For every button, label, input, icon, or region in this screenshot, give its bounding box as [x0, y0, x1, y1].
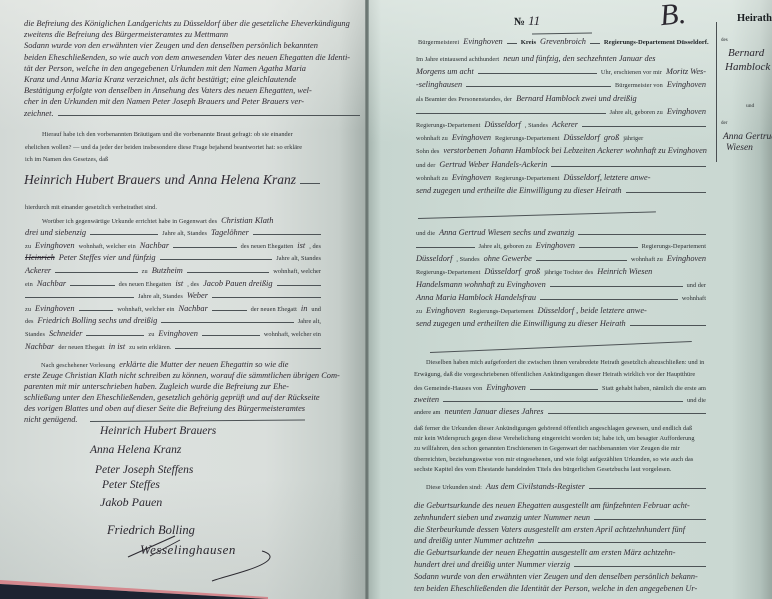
handwritten-entry: beiden Eheschließenden, so wie auch von … — [22, 52, 352, 63]
text-line: beiden Eheschließenden, so wie auch von … — [22, 52, 362, 63]
blank-rule — [550, 286, 683, 287]
printed-text: wohnhaft — [680, 292, 708, 305]
printed-text: und der — [414, 159, 437, 172]
text-line: daß ferner die Urkunden dieser Ankündigu… — [412, 424, 708, 434]
handwritten-entry: groß — [602, 131, 621, 144]
blank-rule — [582, 126, 706, 127]
handwritten-entry: Anna Gertrud Wiesen sechs und zwanzig — [437, 226, 576, 239]
handwritten-entry: hundert drei und dreißig unter Nummer vi… — [412, 559, 572, 571]
blank-rule — [160, 259, 273, 260]
blank-rule — [55, 272, 137, 273]
handwritten-entry: zeichnet. — [22, 108, 56, 119]
text-line: ten beiden Eheschließenden die Identität… — [412, 583, 708, 595]
handwritten-entry: Anna Helena Kranz — [187, 170, 298, 190]
handwritten-entry: ist — [295, 240, 307, 253]
handwritten-entry: Evinghoven — [450, 131, 493, 144]
blank-rule — [466, 86, 611, 87]
handwritten-entry: Nachbar — [35, 278, 68, 291]
handwritten-entry: schließung unter den Eheschließenden, ge… — [22, 392, 322, 403]
handwritten-entry: groß — [523, 265, 542, 278]
signature-witness: Jakob Pauen — [100, 495, 162, 510]
handwritten-entry: Anna Maria Hamblock Handelsfrau — [414, 291, 538, 304]
handwritten-entry: Tagelöhner — [209, 227, 251, 240]
handwritten-entry: Nachbar — [138, 240, 171, 253]
text-line: die Geburtsurkunde des neuen Ehegatten a… — [412, 500, 708, 512]
handwritten-entry: Ackerer — [23, 265, 53, 278]
handwritten-entry: ohne Gewerbe — [482, 252, 534, 265]
handwritten-entry: -selinghausen — [414, 78, 464, 91]
handwritten-entry: send zugegen und ertheilte die Einwillig… — [414, 184, 624, 197]
printed-text: ich im Namen des Gesetzes, daß — [23, 154, 110, 167]
printed-text: Hierauf habe ich den vorbenannten Bräuti… — [40, 129, 295, 142]
text-line: Dieselben haben mich aufgefordert die zw… — [412, 357, 708, 369]
signature-witness: Peter Steffes — [102, 479, 160, 491]
handwritten-entry: cher in den Urkunden mit den Namen Peter… — [22, 96, 306, 107]
handwritten-entry: Sodann wurde von den erwähnten vier Zeug… — [412, 571, 700, 583]
book-gutter — [365, 0, 369, 599]
blank-rule — [530, 389, 598, 390]
printed-text: , des — [307, 241, 323, 254]
text-line: Handelsmann wohnhaft zu Evinghovenund de… — [414, 278, 708, 291]
blank-rule — [579, 247, 638, 248]
printed-text: , Standes — [454, 253, 481, 266]
handwritten-entry: Kranz und Anna Maria Kranz verzeichnet, … — [22, 74, 298, 85]
printed-text: zu sein erklären. — [127, 342, 173, 355]
marriage-declaration: Hierauf habe ich den vorbenannten Bräuti… — [23, 129, 323, 167]
text-line: schließung unter den Eheschließenden, ge… — [22, 392, 362, 403]
printed-text: zu — [146, 329, 156, 342]
margin-label-und: und — [746, 103, 754, 109]
handwritten-entry: in ist — [107, 341, 128, 354]
text-line: cher in den Urkunden mit den Namen Peter… — [22, 96, 362, 107]
handwritten-entry: nicht genügend. — [22, 414, 80, 425]
text-line: parenten mit mir unterschrieben haben. Z… — [22, 381, 362, 392]
text-line: des Gemeinde-Hauses vonEvinghovenStatt g… — [412, 382, 708, 394]
handwritten-entry: Evinghoven — [424, 304, 467, 317]
handwritten-entry: neun und fünfzig, den sechzehnten Januar… — [501, 52, 657, 65]
text-line: zuEvinghovenwohnhaft, welcher einNachbar… — [23, 240, 323, 253]
blank-rule — [594, 519, 706, 520]
text-line: Nachbarder neuen Ehegattin istzu sein er… — [23, 341, 323, 354]
text-line: Regierungs-DepartementDüsseldorf, Stande… — [414, 118, 708, 131]
printed-text-bold: Kreis — [519, 36, 538, 49]
handwritten-entry: die Sterbeurkunde dessen Vaters ausgeste… — [412, 524, 687, 536]
printed-text: Diese Urkunden sind: — [424, 481, 484, 494]
signature-registrar: Wesselinghausen — [140, 542, 236, 558]
printed-text: Uhr, erschienen vor mir — [599, 66, 664, 79]
printed-text: jährige Tochter des — [542, 266, 595, 279]
handwritten-entry: Düsseldorf — [414, 252, 454, 265]
previous-record-continuation: die Befreiung des Königlichen Landgerich… — [22, 18, 362, 119]
handwritten-entry: Grevenbroich — [538, 35, 588, 48]
text-line: Sodann wurde von den erwähnten vier Zeug… — [22, 40, 362, 51]
handwritten-entry: zehnhundert sieben und zwanzig unter Num… — [412, 512, 592, 524]
text-line: einNachbardes neuen Ehegattenist, desJac… — [23, 278, 323, 291]
signature-witness: Friedrich Bolling — [107, 523, 195, 538]
printed-text: ein — [23, 279, 35, 292]
handwritten-entry: Schneider — [47, 328, 85, 341]
spouses-names-line: Heinrich Hubert BrauersundAnna Helena Kr… — [22, 170, 322, 190]
printed-text: mir kein Widerspruch gegen diese Verehel… — [412, 434, 697, 444]
text-line: Bestätigung erfolgte von denselben in An… — [22, 85, 362, 96]
handwritten-entry: Düsseldorf — [482, 265, 522, 278]
printed-text: und — [309, 304, 323, 317]
handwritten-entry: Christian Klath — [219, 215, 275, 228]
text-line: Diese Urkunden sind:Aus dem Civilstands-… — [424, 480, 708, 493]
handwritten-entry: Handelsmann wohnhaft zu Evinghoven — [414, 278, 548, 291]
blank-rule — [202, 335, 260, 336]
text-line: hundert drei und dreißig unter Nummer vi… — [412, 559, 708, 571]
printed-text: der neuen Ehegatt — [56, 342, 106, 355]
handwritten-entry: in — [299, 303, 310, 316]
margin-groom-last-name: Hamblock — [725, 61, 770, 73]
handwritten-entry: Düsseldorf, letztere anwe- — [561, 171, 652, 184]
handwritten-entry: drei und siebenzig — [23, 227, 88, 240]
text-line: tät der Person, welche in den angegebene… — [22, 63, 362, 74]
handwritten-entry: Evinghoven — [665, 78, 708, 91]
text-line: Im Jahre eintausend achthundertneun und … — [414, 52, 708, 65]
text-line: zuEvinghovenRegierungs-DepartementDüssel… — [414, 304, 708, 317]
text-line: erste Zeuge Christian Klath nicht schrei… — [22, 370, 362, 381]
printed-text: zu willfahren, den schon genannten Ersch… — [412, 444, 682, 454]
handwritten-entry: ist — [173, 278, 185, 291]
text-line: zuEvinghovenwohnhaft, welcher einNachbar… — [23, 303, 323, 316]
printed-text: des neuen Ehegatten — [239, 241, 296, 254]
handwritten-entry: Aus dem Civilstands-Register — [484, 480, 587, 493]
text-line: Jahre alt, geboren zuEvinghoven — [414, 105, 708, 118]
text-line: Kranz und Anna Maria Kranz verzeichnet, … — [22, 74, 362, 85]
struck-handwritten-entry: Heinrich — [23, 252, 57, 265]
signature-bride: Anna Helena Kranz — [90, 444, 181, 456]
number-sign: № — [514, 16, 525, 28]
blank-rule — [175, 348, 321, 349]
printed-text: Erwägung, daß die vorgeschriebenen öffen… — [412, 369, 697, 381]
blank-rule — [212, 297, 321, 298]
handwritten-entry: Düsseldorf — [482, 118, 522, 131]
text-line: send zugegen und ertheilte die Einwillig… — [414, 184, 708, 197]
handwritten-entry: die Geburtsurkunde des neuen Ehegatten a… — [412, 500, 692, 512]
text-line: hierdurch mit einander gesetzlich verhei… — [23, 202, 323, 215]
text-line: zweitenund die — [412, 394, 708, 406]
printed-text: überreichten, beziehungsweise von mir ei… — [412, 455, 695, 465]
text-line: die Geburtsurkunde der neuen Ehegattin a… — [412, 547, 708, 559]
jurisdiction-header: BürgermeistereiEvinghovenKreisGrevenbroi… — [416, 35, 708, 48]
text-line: ehelichen wollen? — und da jeder der bei… — [23, 142, 323, 155]
text-line: zeichnet. — [22, 108, 362, 119]
text-line: die Sterbeurkunde dessen Vaters ausgeste… — [412, 524, 708, 536]
printed-text: hierdurch mit einander gesetzlich verhei… — [23, 202, 159, 215]
text-line: Düsseldorf, Standesohne Gewerbewohnhaft … — [414, 252, 708, 265]
documents-heading: Diese Urkunden sind:Aus dem Civilstands-… — [424, 480, 708, 493]
printed-text: der neuen Ehegatt — [249, 304, 299, 317]
printed-text: Jahre alt, Standes — [274, 253, 323, 266]
blank-rule — [626, 192, 706, 193]
handwritten-entry: Sodann wurde von den erwähnten vier Zeug… — [22, 40, 320, 51]
handwritten-entry: die Befreiung des Königlichen Landgerich… — [22, 18, 352, 29]
blank-rule — [443, 401, 683, 402]
text-line: desFriedrich Bolling sechs und dreißigJa… — [23, 315, 323, 328]
margin-label-des: des — [721, 38, 728, 43]
printed-text-bold: Regierungs-Departement Düsseldorf. — [602, 36, 711, 49]
handwritten-entry: Evinghoven — [450, 171, 493, 184]
printed-text: Dieselben haben mich aufgefordert die zw… — [424, 357, 706, 369]
margin-divider — [716, 22, 717, 162]
handwritten-entry: parenten mit mir unterschrieben haben. Z… — [22, 381, 291, 392]
printed-text: des — [23, 316, 36, 329]
handwritten-entry: Evinghoven — [484, 382, 528, 394]
blank-rule — [416, 247, 475, 248]
printed-text: Bürgermeisterei — [416, 36, 461, 49]
blank-rule — [574, 566, 706, 567]
handwritten-entry: und dreißig unter Nummer achtzehn — [412, 535, 536, 547]
groom-section: Im Jahre eintausend achthundertneun und … — [414, 52, 708, 197]
margin-groom-first-name: Bernard — [728, 47, 764, 59]
text-line: des vorigen Blattes und oben auf dieser … — [22, 403, 362, 414]
handwritten-entry: Nachbar — [23, 341, 56, 354]
letter-mark: B. — [658, 0, 687, 33]
handwritten-entry: neunten Januar dieses Jahres — [443, 406, 546, 418]
handwritten-entry: tät der Person, welche in den angegebene… — [22, 63, 308, 74]
text-line: zu willfahren, den schon genannten Ersch… — [412, 444, 708, 454]
blank-rule — [79, 310, 114, 311]
blank-rule — [300, 183, 320, 184]
text-line: send zugegen und ertheilten die Einwilli… — [414, 317, 708, 330]
blank-rule — [25, 297, 134, 298]
text-line: HeinrichPeter Steffes vier und fünfzigJa… — [23, 252, 323, 265]
printed-text: und die — [414, 227, 437, 240]
handwritten-entry: Weber — [185, 290, 210, 303]
blank-rule — [548, 413, 706, 414]
handwritten-entry: zweiten — [412, 394, 441, 406]
handwritten-entry: Evinghoven — [33, 303, 77, 316]
blank-rule — [70, 285, 114, 286]
record-number: №11 — [514, 12, 540, 30]
documents-intro: daß ferner die Urkunden dieser Ankündigu… — [412, 424, 708, 475]
blank-rule — [478, 73, 597, 74]
blank-rule — [253, 234, 321, 235]
blank-rule — [187, 272, 269, 273]
text-line: zehnhundert sieben und zwanzig unter Num… — [412, 512, 708, 524]
blank-rule — [538, 542, 706, 543]
printed-text: Jahre alt, — [296, 316, 323, 329]
margin-bride-last-name: Wiesen — [726, 143, 753, 153]
text-line: und dreißig unter Nummer achtzehn — [412, 535, 708, 547]
text-line: Heinrich Hubert BrauersundAnna Helena Kr… — [22, 170, 322, 190]
blank-rule — [277, 285, 321, 286]
handwritten-entry: Heinrich Hubert Brauers — [22, 170, 162, 190]
text-line: AckererzuButzheimwohnhaft, welcher — [23, 265, 323, 278]
margin-label-der: der — [721, 121, 727, 126]
handwritten-entry: Evinghoven — [33, 240, 77, 253]
handwritten-entry: Moritz Wes- — [664, 65, 708, 78]
blank-rule — [536, 260, 627, 261]
text-line: und dieAnna Gertrud Wiesen sechs und zwa… — [414, 226, 708, 239]
text-line: Erwägung, daß die vorgeschriebenen öffen… — [412, 369, 708, 381]
witnesses-section: hierdurch mit einander gesetzlich verhei… — [23, 202, 323, 353]
handwritten-entry: Peter Steffes vier und fünfzig — [57, 252, 158, 265]
printed-text: ehelichen wollen? — und da jeder der bei… — [23, 142, 304, 155]
blank-rule — [589, 488, 706, 489]
printed-text: als Beamter des Personenstandes, der — [414, 93, 514, 106]
handwritten-entry: des vorigen Blattes und oben auf dieser … — [22, 403, 307, 414]
text-line: wohnhaft zuEvinghovenRegierungs-Departem… — [414, 171, 708, 184]
text-line: überreichten, beziehungsweise von mir ei… — [412, 455, 708, 465]
printed-text: , Standes — [523, 119, 550, 132]
text-line: Anna Maria Hamblock Handelsfrauwohnhaft — [414, 291, 708, 304]
text-line: drei und siebenzigJahre alt, StandesTage… — [23, 227, 323, 240]
text-line: wohnhaft zuEvinghovenRegierungs-Departem… — [414, 131, 708, 144]
handwritten-entry: und — [162, 170, 186, 190]
text-line: sechste Kapitel des vom Ehestande handel… — [412, 465, 708, 475]
handwritten-entry: Evinghoven — [534, 239, 577, 252]
blank-rule — [173, 247, 236, 248]
bride-section: und dieAnna Gertrud Wiesen sechs und zwa… — [414, 226, 708, 330]
handwritten-entry: Heinrich Wiesen — [595, 265, 654, 278]
printed-text: wohnhaft, welcher ein — [262, 329, 323, 342]
blank-rule — [212, 310, 247, 311]
printed-text: wohnhaft, welcher — [271, 266, 323, 279]
printed-text: zu — [140, 266, 150, 279]
handwritten-entry: Düsseldorf , beide letztere anwe- — [536, 304, 649, 317]
printed-text: und der — [685, 279, 708, 292]
text-line: Jahre alt, geboren zuEvinghovenRegierung… — [414, 239, 708, 252]
text-line: und derGertrud Weber Handels-Ackerin — [414, 158, 708, 171]
signature-groom: Heinrich Hubert Brauers — [100, 425, 216, 437]
handwritten-entry: Evinghoven — [461, 35, 505, 48]
text-line: Jahre alt, StandesWeber — [23, 290, 323, 303]
blank-rule — [540, 299, 678, 300]
text-line: Hierauf habe ich den vorbenannten Bräuti… — [23, 129, 323, 142]
handwritten-entry: Nachbar — [177, 303, 210, 316]
text-line: StandesSchneiderzuEvinghovenwohnhaft, we… — [23, 328, 323, 341]
signature-witness: Peter Joseph Steffens — [95, 464, 193, 476]
printed-text: daß ferner die Urkunden dieser Ankündigu… — [412, 424, 694, 434]
handwritten-entry: erklärte die Mutter der neuen Ehegattin … — [117, 359, 290, 370]
text-line: Morgens um achtUhr, erschienen vor mirMo… — [414, 65, 708, 78]
blank-rule — [58, 115, 360, 116]
printed-text: Jahre alt, geboren zu — [608, 106, 665, 119]
printed-text: Statt gehabt haben, nämlich die erste am — [600, 383, 708, 395]
handwritten-entry: Bernard Hamblock zwei und dreißig — [514, 92, 639, 105]
blank-rule — [416, 113, 606, 114]
proclamations-section: Dieselben haben mich aufgefordert die zw… — [412, 357, 708, 418]
blank-rule — [161, 322, 294, 323]
blank-rule — [630, 325, 706, 326]
documents-list: die Geburtsurkunde des neuen Ehegatten a… — [412, 500, 708, 594]
handwritten-entry: erste Zeuge Christian Klath nicht schrei… — [22, 370, 342, 381]
handwritten-entry: Evinghoven — [665, 252, 708, 265]
text-line: die Befreiung des Königlichen Landgerich… — [22, 18, 362, 29]
handwritten-entry: Ackerer — [550, 118, 580, 131]
text-line: ich im Namen des Gesetzes, daß — [23, 154, 323, 167]
blank-rule — [590, 43, 600, 44]
blank-rule — [507, 43, 517, 44]
printed-text: und die — [685, 395, 708, 407]
printed-text: andere am — [412, 407, 443, 419]
text-line: Nach geschehener Vorlesungerklärte die M… — [22, 359, 362, 370]
text-line: Regierungs-DepartementDüsseldorfgroßjähr… — [414, 265, 708, 278]
handwritten-entry: Morgens um acht — [414, 65, 476, 78]
handwritten-entry: die Geburtsurkunde der neuen Ehegattin a… — [412, 547, 678, 559]
text-line: Sohn desverstorbenen Johann Hamblock bei… — [414, 144, 708, 157]
printed-text: zu — [23, 304, 33, 317]
text-line: mir kein Widerspruch gegen diese Verehel… — [412, 434, 708, 444]
text-line: zweitens die Befreiung des Bürgermeister… — [22, 29, 362, 40]
blank-rule — [551, 166, 706, 167]
blank-rule — [86, 335, 144, 336]
margin-title: Heirath — [737, 13, 772, 24]
handwritten-entry: verstorbenen Johann Hamblock bei Lebzeit… — [441, 144, 709, 157]
blank-rule — [90, 234, 158, 235]
handwritten-entry: Evinghoven — [665, 105, 708, 118]
handwritten-entry: Butzheim — [150, 265, 185, 278]
handwritten-entry: Friedrich Bolling sechs und dreißig — [36, 315, 160, 328]
handwritten-entry: ten beiden Eheschließenden die Identität… — [412, 583, 699, 595]
handwritten-entry: Bestätigung erfolgte von denselben in An… — [22, 85, 314, 96]
handwritten-entry: Gertrud Weber Handels-Ackerin — [437, 158, 549, 171]
blank-rule — [578, 234, 706, 235]
handwritten-entry: zweitens die Befreiung des Bürgermeister… — [22, 29, 230, 40]
closing-remarks: Nach geschehener Vorlesungerklärte die M… — [22, 359, 362, 425]
text-line: als Beamter des Personenstandes, derBern… — [414, 92, 708, 105]
text-line: andere amneunten Januar dieses Jahres — [412, 406, 708, 418]
text-line: BürgermeistereiEvinghovenKreisGrevenbroi… — [416, 35, 708, 48]
record-number-value: 11 — [528, 13, 540, 28]
handwritten-entry: send zugegen und ertheilten die Einwilli… — [414, 317, 628, 330]
margin-bride-first-name: Anna Gertrud — [723, 132, 772, 142]
handwritten-entry: Evinghoven — [156, 328, 200, 341]
printed-text: des neuen Ehegatten — [117, 279, 174, 292]
handwritten-entry: Düsseldorf — [561, 131, 601, 144]
handwritten-entry: Jacob Pauen dreißig — [201, 278, 274, 291]
text-line: -selinghausenBürgermeister vonEvinghoven — [414, 78, 708, 91]
text-line: Worüber ich gegenwärtige Urkunde erricht… — [23, 215, 323, 228]
printed-text: sechste Kapitel des vom Ehestande handel… — [412, 465, 673, 475]
text-line: Sodann wurde von den erwähnten vier Zeug… — [412, 571, 708, 583]
